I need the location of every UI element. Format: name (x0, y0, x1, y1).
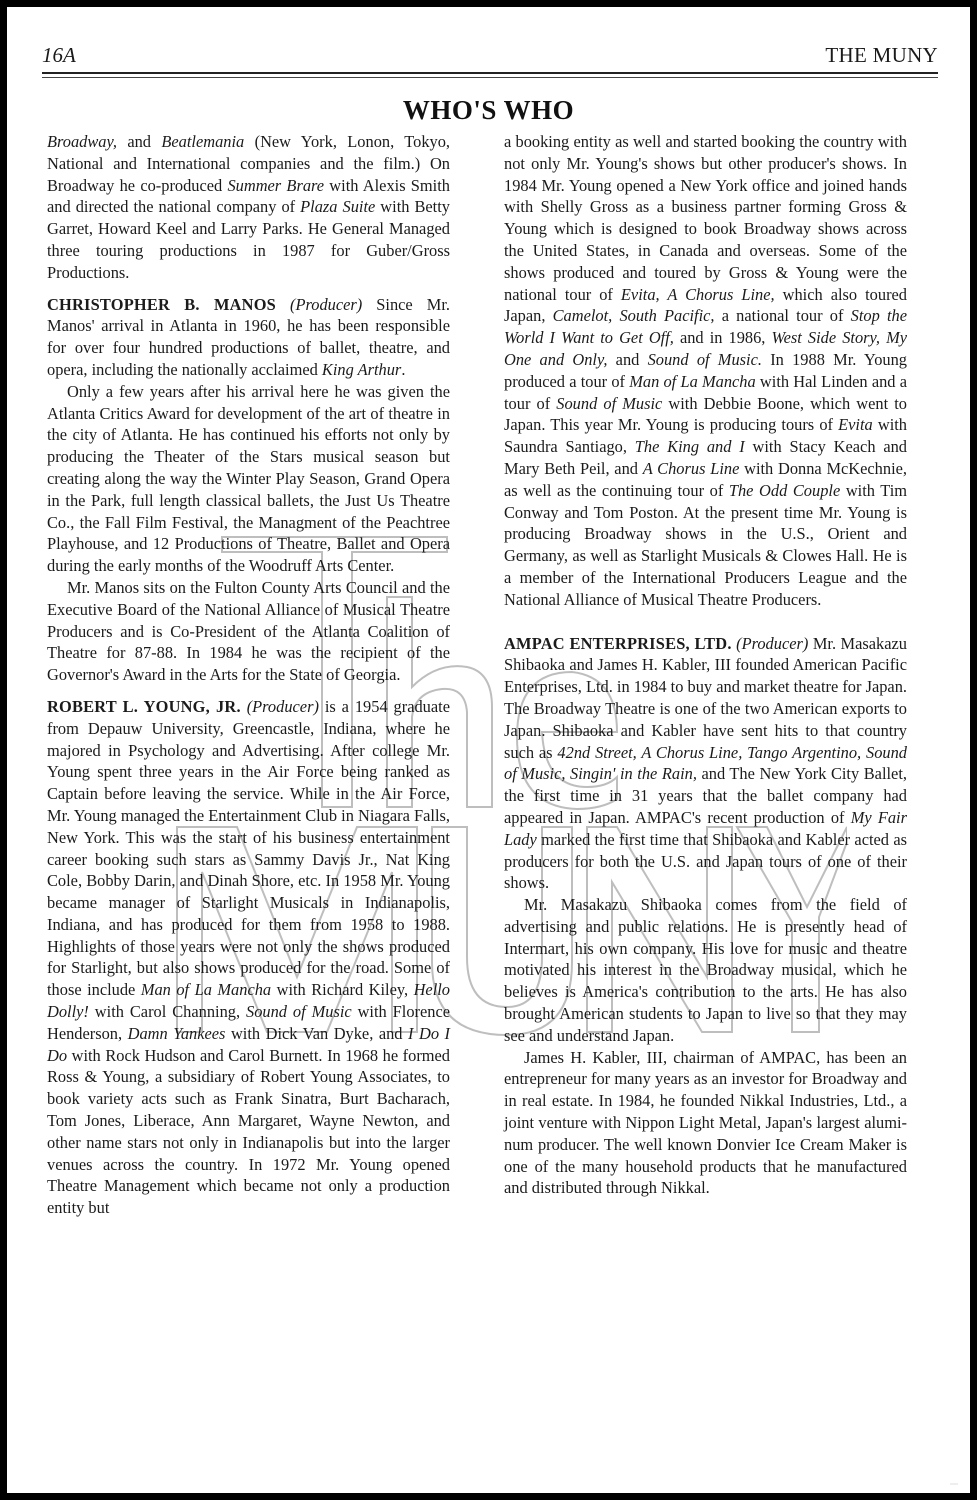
bio-role: (Producer) (290, 295, 362, 314)
running-head: 16A THE MUNY (42, 43, 938, 69)
bio-continuation-paragraph: Broadway, and Beatlemania (New York, Lon… (47, 131, 450, 284)
show-title: King Arthur (322, 360, 401, 379)
body-text: and (607, 350, 647, 369)
bio-paragraph: Mr. Masakazu Shibaoka comes from the fie… (504, 894, 907, 1047)
bio-continuation-paragraph: a booking entity as well and started boo… (504, 131, 907, 611)
show-title: Sound of Music (556, 394, 662, 413)
bio-paragraph: Only a few years after his arrival here … (47, 381, 450, 577)
show-title: Plaza Suite (300, 197, 375, 216)
body-text: with Dick Van Dyke, and (225, 1024, 408, 1043)
header-rule-thick (42, 72, 938, 74)
show-title: Man of La Mancha (141, 980, 271, 999)
bio-paragraph: Mr. Manos sits on the Fulton County Arts… (47, 577, 450, 686)
body-text: marked the first time that Shibaoka and … (504, 830, 907, 893)
scan-mark (950, 1483, 958, 1485)
page-number: 16A (42, 43, 76, 68)
show-title: Beatlemania (161, 132, 244, 151)
show-title: Sound of Music (246, 1002, 352, 1021)
body-text: . (401, 360, 405, 379)
show-title: The Odd Couple (729, 481, 840, 500)
bio-text: Mr. Masakazu Shibaoka and James H. Kable… (504, 634, 907, 893)
bio-name: CHRISTOPHER B. MANOS (47, 295, 276, 314)
magazine-page: 16A THE MUNY WHO'S WHO Broadway, and Bea… (7, 7, 970, 1493)
show-title: A Chorus Line (643, 459, 740, 478)
show-title: Camelot, South Pacific, (553, 306, 715, 325)
body-text: with Richard Kiley, (271, 980, 413, 999)
body-text: and (117, 132, 161, 151)
show-title: Man of La Mancha (629, 372, 755, 391)
body-text: and in 1986, (674, 328, 772, 347)
body-text: is a 1954 graduate from Depauw Universit… (47, 697, 450, 999)
bio-young: ROBERT L. YOUNG, JR. (Producer) is a 195… (47, 696, 450, 1219)
body-text: with Rock Hudson and Carol Burnett. In 1… (47, 1046, 450, 1218)
bio-paragraph: James H. Kabler, III, chairman of AMPAC,… (504, 1047, 907, 1200)
left-column: Broadway, and Beatlemania (New York, Lon… (47, 131, 450, 1219)
bio-role: (Producer) (247, 697, 319, 716)
body-text: a national tour of (715, 306, 851, 325)
show-title: Broadway, (47, 132, 117, 151)
bio-role: (Producer) (736, 634, 808, 653)
bio-ampac: AMPAC ENTERPRISES, LTD. (Producer) Mr. M… (504, 633, 907, 895)
header-rule-thin (42, 77, 938, 78)
right-column: a booking entity as well and started boo… (504, 131, 907, 1199)
show-title: Sound of Music. (648, 350, 762, 369)
body-text: with Carol Channing, (89, 1002, 246, 1021)
bio-name: AMPAC ENTERPRISES, LTD. (504, 634, 732, 653)
bio-text: is a 1954 graduate from Depauw Universit… (47, 697, 450, 1217)
bio-manos: CHRISTOPHER B. MANOS (Producer) Since Mr… (47, 294, 450, 381)
publication-name: THE MUNY (825, 43, 938, 68)
show-title: Summer Brare (227, 176, 324, 195)
show-title: Evita (838, 415, 873, 434)
page-title: WHO'S WHO (7, 95, 970, 126)
show-title: The King and I (635, 437, 745, 456)
body-text: a booking entity as well and started boo… (504, 132, 907, 304)
bio-name: ROBERT L. YOUNG, JR. (47, 697, 241, 716)
show-title: Damn Yankees (128, 1024, 226, 1043)
show-title: Evita, A Chorus Line, (621, 285, 775, 304)
